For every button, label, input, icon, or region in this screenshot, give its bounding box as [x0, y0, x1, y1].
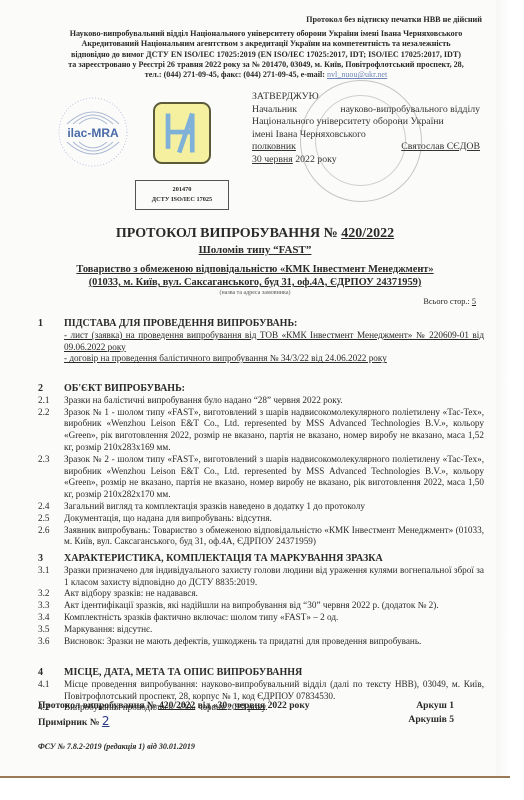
- contact-line: тел.: (044) 271-09-45, факс: (044) 271-0…: [40, 70, 492, 80]
- section-2: 2ОБ'ЄКТ ВИПРОБУВАНЬ:2.1Зразки на балісти…: [38, 383, 484, 548]
- approval-rank: полковник: [252, 141, 296, 154]
- accreditation-standard: ДСТУ ISO/IEC 17025: [136, 195, 228, 205]
- item-text: Заявник випробувань: Товариство з обмеже…: [64, 525, 484, 549]
- accreditation-box: 201470 ДСТУ ISO/IEC 17025: [135, 180, 229, 210]
- org-line: Акредитований Національним агентством з …: [40, 39, 492, 49]
- item-text: Висновок: Зразки не мають дефектів, ушко…: [64, 636, 484, 648]
- section-item: 4.1Місце проведення випробування: науков…: [38, 679, 484, 703]
- item-number: [38, 330, 64, 354]
- item-text: Документація, що надана для випробувань:…: [64, 513, 484, 525]
- section-item: 2.1Зразки на балістичні випробування бул…: [38, 395, 484, 407]
- section-item: 2.3Зразок № 2 - шолом типу «FAST», вигот…: [38, 454, 484, 501]
- item-text: Зразок № 1 - шолом типу «FAST», виготовл…: [64, 407, 484, 454]
- contact-prefix: тел.: (044) 271-09-45, факс: (044) 271-0…: [145, 70, 325, 79]
- item-number: 4.1: [38, 679, 64, 703]
- ref-year: 2022 року: [265, 700, 309, 711]
- validity-note: Протокол без відтиску печатки НВВ не дій…: [306, 15, 482, 24]
- approval-org: Національного університету оборони Украї…: [252, 116, 480, 129]
- total-pages: Всього стор.: 5: [423, 297, 476, 306]
- approval-date-day: 30 червня: [252, 154, 293, 165]
- section-number: 2: [38, 383, 64, 395]
- section-item: 2.6Заявник випробувань: Товариство з обм…: [38, 525, 484, 549]
- accreditation-number: 201470: [136, 185, 228, 195]
- approval-signature-row: полковник Святослав СЄДОВ: [252, 141, 480, 154]
- section-item: 3.3Акт ідентифікації зразків, які надійш…: [38, 600, 484, 612]
- item-number: 2.6: [38, 525, 64, 549]
- na-letters-icon: [155, 104, 209, 162]
- section-title: 4МІСЦЕ, ДАТА, МЕТА ТА ОПИС ВИПРОБУВАННЯ: [38, 667, 484, 679]
- item-number: 3.1: [38, 565, 64, 589]
- item-number: 3.4: [38, 612, 64, 624]
- sheet-number: Аркуш 1: [416, 700, 454, 711]
- section-heading: ПІДСТАВА ДЛЯ ПРОВЕДЕННЯ ВИПРОБУВАНЬ:: [64, 318, 297, 330]
- item-text: Місце проведення випробування: науково-в…: [64, 679, 484, 703]
- item-number: 2.2: [38, 407, 64, 454]
- item-number: 3.5: [38, 624, 64, 636]
- sheets-total: Аркушів 5: [408, 714, 454, 725]
- organization-header: Науково-випробувальний відділ Національн…: [40, 29, 492, 80]
- org-line: та зареєстровано у Реєстрі 26 травня 202…: [40, 60, 492, 70]
- document-page: Протокол без відтиску печатки НВВ не дій…: [0, 0, 510, 778]
- item-text: Зразки на балістичні випробування було н…: [64, 395, 484, 407]
- copy-number: Примірник № 2: [38, 714, 110, 728]
- ref-prefix: Протокол випробування №: [38, 700, 159, 711]
- section-title: 1ПІДСТАВА ДЛЯ ПРОВЕДЕННЯ ВИПРОБУВАНЬ:: [38, 318, 484, 330]
- item-text: - лист (заявка) на проведення випробуван…: [64, 330, 484, 354]
- section-number: 3: [38, 553, 64, 565]
- section-item: 3.4Комплектність зразків фактично включа…: [38, 612, 484, 624]
- approval-org-name: імені Івана Черняховського: [252, 129, 480, 142]
- company-address: (01033, м. Київ, вул. Саксаганського, бу…: [89, 277, 422, 288]
- section-item: 3.1Зразки призначено для індивідуального…: [38, 565, 484, 589]
- item-number: 3.2: [38, 588, 64, 600]
- title-prefix: ПРОТОКОЛ ВИПРОБУВАННЯ №: [116, 226, 341, 241]
- ref-month: червня: [234, 700, 265, 711]
- item-text: Зразки призначено для індивідуального за…: [64, 565, 484, 589]
- company-name: Товариство з обмеженою відповідальністю …: [76, 264, 433, 275]
- item-number: 2.1: [38, 395, 64, 407]
- form-code: ФСУ № 7.8.2-2019 (редакція 1) від 30.01.…: [38, 742, 195, 751]
- document-subtitle: Шоломів типу “FAST”: [0, 244, 510, 256]
- total-pages-label: Всього стор.:: [423, 297, 472, 306]
- item-number: 3.6: [38, 636, 64, 648]
- section-1: 1ПІДСТАВА ДЛЯ ПРОВЕДЕННЯ ВИПРОБУВАНЬ:- л…: [38, 318, 484, 365]
- subtitle-text: Шоломів типу “FAST”: [199, 244, 312, 256]
- svg-text:ilac-MRA: ilac-MRA: [67, 126, 119, 140]
- item-text: Загальний вигляд та комплектація зразків…: [64, 501, 484, 513]
- org-line: Науково-випробувальний відділ Національн…: [40, 29, 492, 39]
- item-number: 3.3: [38, 600, 64, 612]
- item-number: 2.3: [38, 454, 64, 501]
- item-text: Акт відбору зразків: не надавався.: [64, 588, 484, 600]
- ilac-mra-logo-icon: ilac-MRA: [57, 96, 129, 168]
- item-number: 2.4: [38, 501, 64, 513]
- section-number: 4: [38, 667, 64, 679]
- item-text: Маркування: відсутнє.: [64, 624, 484, 636]
- protocol-reference: Протокол випробування № 420/2022 від «30…: [38, 700, 310, 711]
- section-item: - договір на проведення балістичного вип…: [38, 353, 484, 365]
- approval-date-year: 2022 року: [295, 154, 336, 165]
- section-item: 2.2Зразок № 1 - шолом типу «FAST», вигот…: [38, 407, 484, 454]
- section-heading: ХАРАКТЕРИСТИКА, КОМПЛЕКТАЦІЯ ТА МАРКУВАН…: [64, 553, 383, 565]
- section-item: 2.4Загальний вигляд та комплектація зраз…: [38, 501, 484, 513]
- ref-number: 420/2022: [159, 700, 195, 711]
- document-title: ПРОТОКОЛ ВИПРОБУВАННЯ № 420/2022: [0, 226, 510, 242]
- copy-number-handwritten: 2: [102, 714, 110, 728]
- section-title: 2ОБ'ЄКТ ВИПРОБУВАНЬ:: [38, 383, 484, 395]
- item-text: - договір на проведення балістичного вип…: [64, 353, 484, 365]
- national-accreditation-logo: [153, 102, 211, 164]
- section-item: 3.6Висновок: Зразки не мають дефектів, у…: [38, 636, 484, 648]
- section-item: 3.5Маркування: відсутнє.: [38, 624, 484, 636]
- section-heading: МІСЦЕ, ДАТА, МЕТА ТА ОПИС ВИПРОБУВАННЯ: [64, 667, 302, 679]
- approval-position: Начальник: [252, 104, 297, 117]
- section-3: 3ХАРАКТЕРИСТИКА, КОМПЛЕКТАЦІЯ ТА МАРКУВА…: [38, 553, 484, 647]
- section-item: 3.2Акт відбору зразків: не надавався.: [38, 588, 484, 600]
- org-line: відповідно до вимог ДСТУ EN ISO/IEC 1702…: [40, 50, 492, 60]
- ref-mid: від «: [195, 700, 217, 711]
- customer-company: Товариство з обмеженою відповідальністю …: [0, 263, 510, 289]
- company-caption: (назва та адреса замовника): [0, 290, 510, 296]
- total-pages-value: 5: [472, 297, 476, 306]
- section-heading: ОБ'ЄКТ ВИПРОБУВАНЬ:: [64, 383, 185, 395]
- approval-signer-name: Святослав СЄДОВ: [401, 141, 480, 154]
- copy-label: Примірник №: [38, 717, 102, 728]
- approval-department: науково-випробувального відділу: [340, 104, 480, 117]
- page-edge-shadow: [496, 0, 510, 776]
- protocol-number: 420/2022: [341, 226, 394, 241]
- approval-position-row: Начальник науково-випробувального відділ…: [252, 104, 480, 117]
- item-text: Комплектність зразків фактично включає: …: [64, 612, 484, 624]
- section-item: 2.5Документація, що надана для випробува…: [38, 513, 484, 525]
- email-link[interactable]: nvl_nuou@ukr.net: [327, 70, 387, 79]
- ref-day: 30: [218, 700, 228, 711]
- section-number: 1: [38, 318, 64, 330]
- item-text: Акт ідентифікації зразків, які надійшли …: [64, 600, 484, 612]
- approval-block: ЗАТВЕРДЖУЮ Начальник науково-випробуваль…: [252, 91, 480, 167]
- item-number: 2.5: [38, 513, 64, 525]
- approval-heading: ЗАТВЕРДЖУЮ: [252, 91, 480, 104]
- item-text: Зразок № 2 - шолом типу «FAST», виготовл…: [64, 454, 484, 501]
- approval-date: 30 червня 2022 року: [252, 154, 480, 167]
- item-number: [38, 353, 64, 365]
- section-item: - лист (заявка) на проведення випробуван…: [38, 330, 484, 354]
- section-title: 3ХАРАКТЕРИСТИКА, КОМПЛЕКТАЦІЯ ТА МАРКУВА…: [38, 553, 484, 565]
